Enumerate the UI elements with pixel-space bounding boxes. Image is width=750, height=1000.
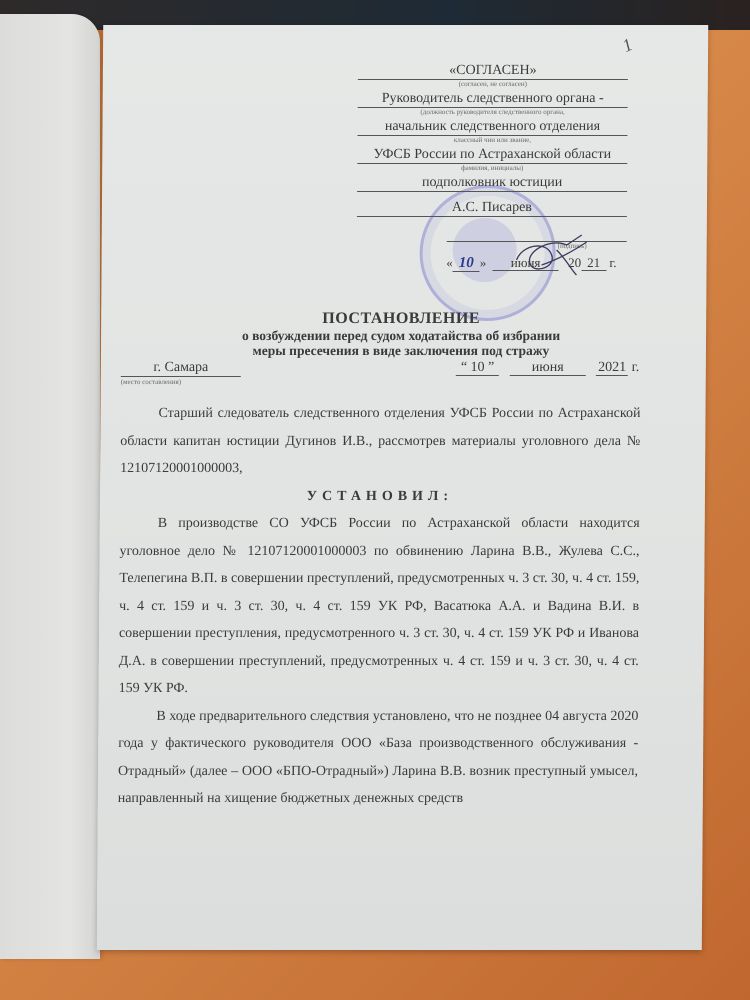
place: г. Самара — [121, 360, 241, 377]
document-title-block: ПОСТАНОВЛЕНИЕ о возбуждении перед судом … — [161, 310, 641, 358]
approval-rank: подполковник юстиции — [357, 173, 627, 192]
page-number: 1 — [619, 34, 636, 57]
signature-icon — [511, 230, 591, 280]
place-caption: (место составления) — [121, 378, 181, 386]
document-date-month: июня — [510, 360, 586, 376]
approval-position-caption: (должность руководителя следственного ор… — [358, 108, 628, 117]
document-subtitle-1: о возбуждении перед судом ходатайства об… — [161, 328, 641, 343]
document-date: “ 10 ” июня 2021 г. — [456, 360, 640, 376]
paragraph-1: В производстве СО УФСБ России по Астраха… — [118, 510, 639, 703]
document-date-unit: г. — [632, 360, 640, 375]
document-title: ПОСТАНОВЛЕНИЕ — [161, 310, 641, 328]
paragraph-2: В ходе предварительного следствия устано… — [118, 703, 639, 813]
approval-status: «СОГЛАСЕН» — [358, 61, 628, 80]
approval-name: А.С. Писарев — [357, 192, 627, 217]
intro-paragraph: Старший следователь следственного отделе… — [120, 400, 641, 483]
approval-rank-caption: классный чин или звание, — [357, 136, 627, 145]
approval-name-caption: фамилия, инициалы) — [357, 164, 627, 173]
document-body: Старший следователь следственного отделе… — [118, 400, 641, 813]
document-page: 1 «СОГЛАСЕН» (согласен, не согласен) Рук… — [97, 25, 708, 950]
document-date-year: 2021 — [596, 360, 628, 376]
previous-page-edge — [0, 14, 100, 959]
approval-date-day: 10 — [453, 255, 480, 272]
document-subtitle-2: меры пресечения в виде заключения под ст… — [161, 343, 641, 358]
approval-position-1: Руководитель следственного органа - — [358, 89, 628, 108]
section-heading: УСТАНОВИЛ: — [120, 483, 640, 511]
approval-status-caption: (согласен, не согласен) — [358, 80, 628, 89]
approval-organization: УФСБ России по Астраханской области — [357, 145, 627, 164]
approval-date-year-unit: г. — [609, 255, 616, 270]
place-date-row: г. Самара (место составления) “ 10 ” июн… — [101, 360, 661, 390]
document-date-day: “ 10 ” — [456, 360, 500, 376]
approval-position-2: начальник следственного отделения — [357, 117, 627, 136]
